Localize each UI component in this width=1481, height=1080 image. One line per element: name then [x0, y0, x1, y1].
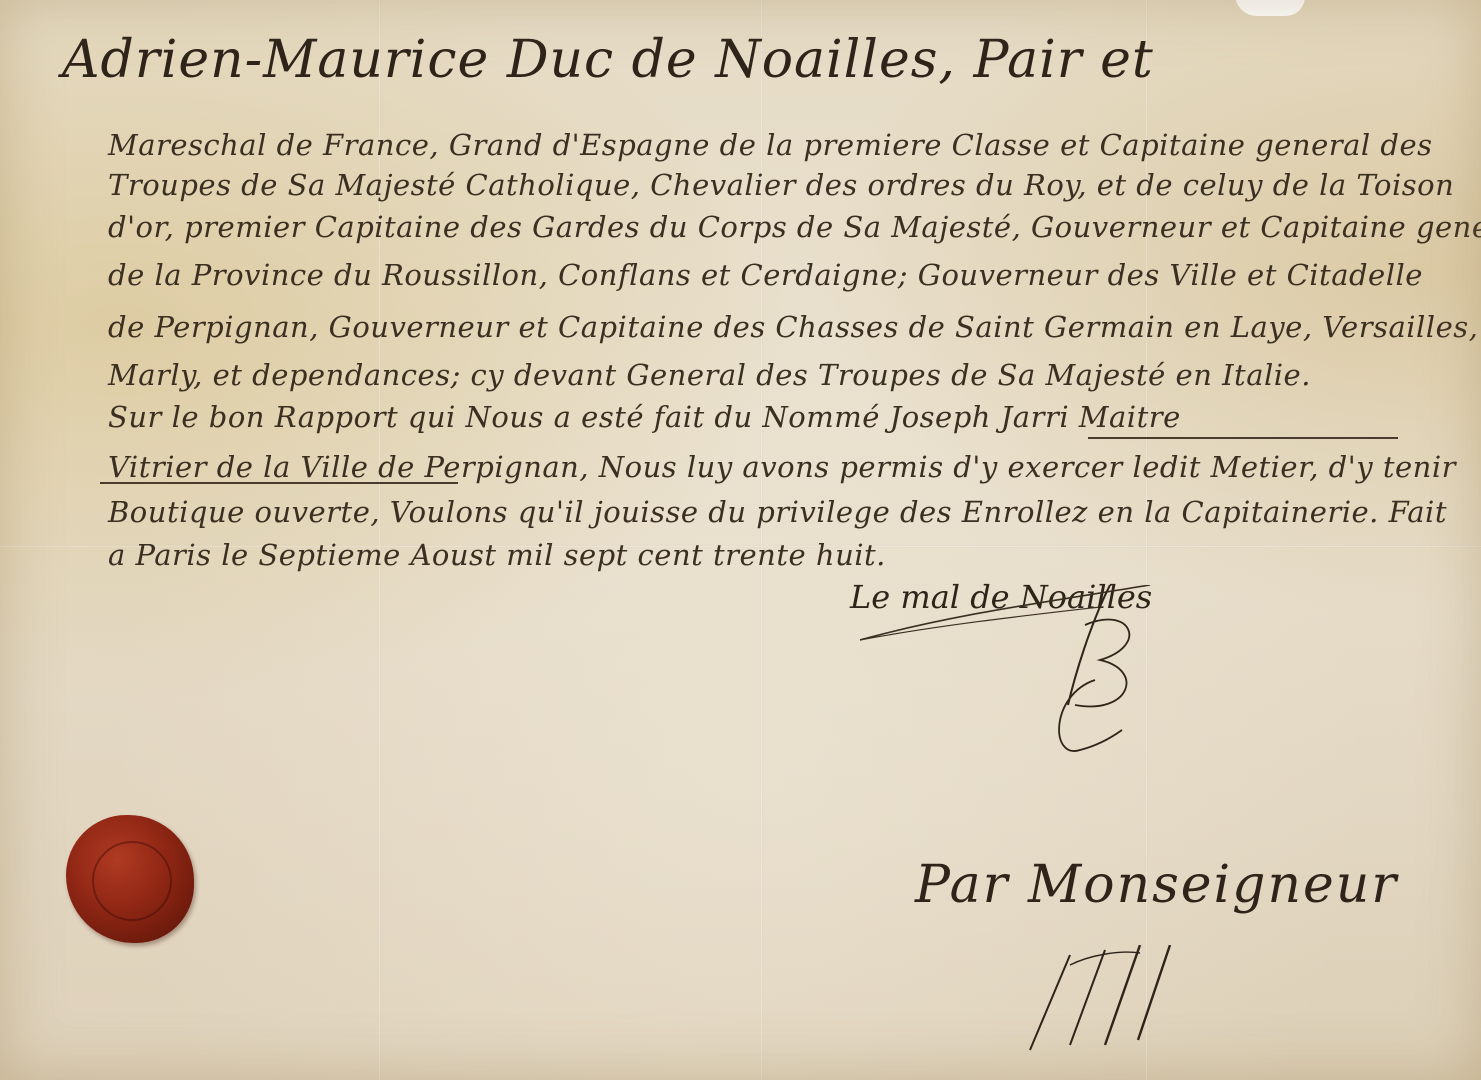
parchment-document: Adrien-Maurice Duc de Noailles, Pair et … [0, 0, 1481, 1080]
countersign-par-monseigneur: Par Monseigneur [915, 855, 1398, 915]
text-line-1: Mareschal de France, Grand d'Espagne de … [108, 128, 1433, 162]
underline-stroke [1088, 437, 1398, 439]
text-line-3: d'or, premier Capitaine des Gardes du Co… [108, 210, 1481, 244]
wax-seal [66, 815, 194, 943]
text-line-10: a Paris le Septieme Aoust mil sept cent … [108, 538, 886, 572]
fold-crease-vertical [1145, 0, 1148, 1080]
signature-flourish-icon [860, 585, 1180, 785]
paper-tear [1235, 0, 1305, 16]
secretary-signature-icon [1010, 945, 1190, 1055]
text-line-5: de Perpignan, Gouverneur et Capitaine de… [108, 310, 1478, 344]
text-line-2: Troupes de Sa Majesté Catholique, Cheval… [108, 168, 1454, 202]
underline-stroke [100, 482, 458, 484]
document-title: Adrien-Maurice Duc de Noailles, Pair et [62, 30, 1154, 90]
text-line-6: Marly, et dependances; cy devant General… [108, 358, 1311, 392]
text-line-9: Boutique ouverte, Voulons qu'il jouisse … [108, 495, 1447, 529]
text-line-8: Vitrier de la Ville de Perpignan, Nous l… [108, 450, 1456, 484]
text-line-4: de la Province du Roussillon, Conflans e… [108, 258, 1423, 292]
text-line-7: Sur le bon Rapport qui Nous a esté fait … [108, 400, 1181, 434]
